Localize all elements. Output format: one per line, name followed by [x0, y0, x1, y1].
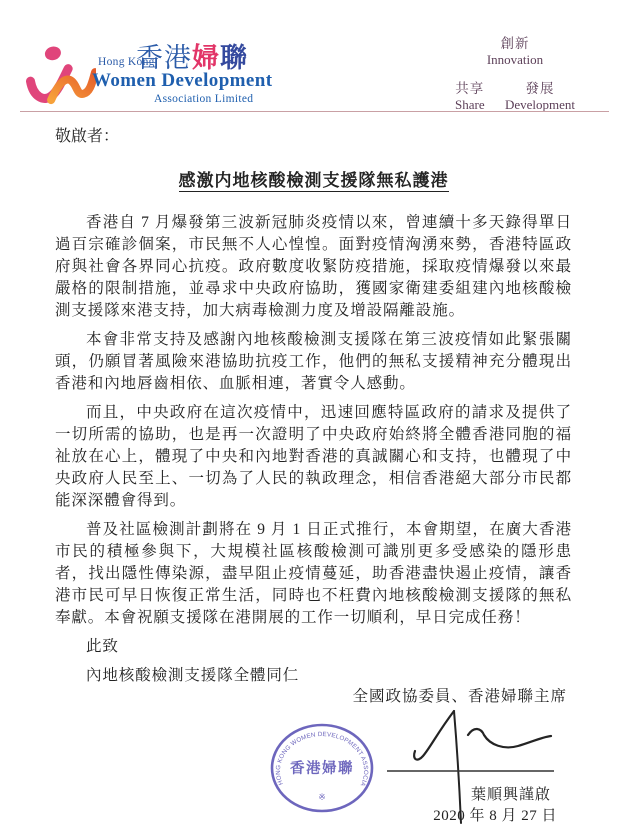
- logo-org-name: Women Development: [92, 70, 272, 92]
- motto-innovation-cn: 創新: [455, 32, 575, 52]
- stamp-ring-text: HONG KONG WOMEN DEVELOPMENT ASSOCIATION …: [268, 722, 369, 788]
- motto-innovation: 創新 Innovation: [455, 32, 575, 68]
- letter-date: 2020 年 8 月 27 日: [433, 804, 557, 825]
- logo-cn-pink: 婦: [192, 43, 220, 73]
- motto-share: 共享 Share: [455, 77, 485, 113]
- association-stamp-icon: HONG KONG WOMEN DEVELOPMENT ASSOCIATION …: [268, 722, 376, 816]
- closing-send: 此致: [55, 636, 572, 658]
- svg-text:HONG KONG WOMEN DEVELOPMENT AS: HONG KONG WOMEN DEVELOPMENT ASSOCIATION …: [268, 722, 369, 788]
- stamp-bottom-mark: ※: [318, 792, 326, 802]
- paragraph-2: 本會非常支持及感謝內地核酸檢測支援隊在第三波疫情如此緊張關頭，仍願冒著風險來港協…: [55, 329, 572, 395]
- paragraph-3: 而且，中央政府在這次疫情中，迅速回應特區政府的請求及提供了一切所需的協助，也是再…: [55, 402, 572, 512]
- logo-org-suffix: Association Limited: [154, 93, 253, 105]
- motto-development-cn: 發展: [505, 77, 575, 97]
- logo-cn-pink2: 聯: [220, 43, 248, 73]
- motto-block: 創新 Innovation 共享 Share 發展 Development: [455, 32, 575, 113]
- org-logo: Hong Kong 香港婦聯 Women Development Associa…: [26, 36, 306, 112]
- paragraph-1: 香港自 7 月爆發第三波新冠肺炎疫情以來，曾連續十多天錄得單日過百宗確診個案，市…: [55, 212, 572, 322]
- letter-title-text: 感激内地核酸檢測支援隊無私護港: [179, 171, 449, 192]
- motto-share-cn: 共享: [455, 77, 485, 97]
- salutation: 敬啟者：: [55, 123, 119, 146]
- paragraph-4: 普及社區檢測計劃將在 9 月 1 日正式推行，本會期望，在廣大香港市民的積極參與…: [55, 519, 572, 629]
- header-divider: [20, 111, 609, 112]
- motto-innovation-en: Innovation: [455, 52, 575, 68]
- letter-body: 香港自 7 月爆發第三波新冠肺炎疫情以來，曾連續十多天錄得單日過百宗確診個案，市…: [55, 212, 572, 694]
- letter-page: Hong Kong 香港婦聯 Women Development Associa…: [0, 0, 627, 826]
- motto-development: 發展 Development: [505, 77, 575, 113]
- signer-name: 葉順興謹啟: [471, 783, 551, 804]
- logo-cn-blue: 香港: [136, 43, 192, 73]
- letter-title: 感激内地核酸檢測支援隊無私護港: [0, 166, 627, 191]
- stamp-center-text: 香港婦聯: [290, 759, 354, 777]
- logo-figure-icon: [26, 38, 96, 110]
